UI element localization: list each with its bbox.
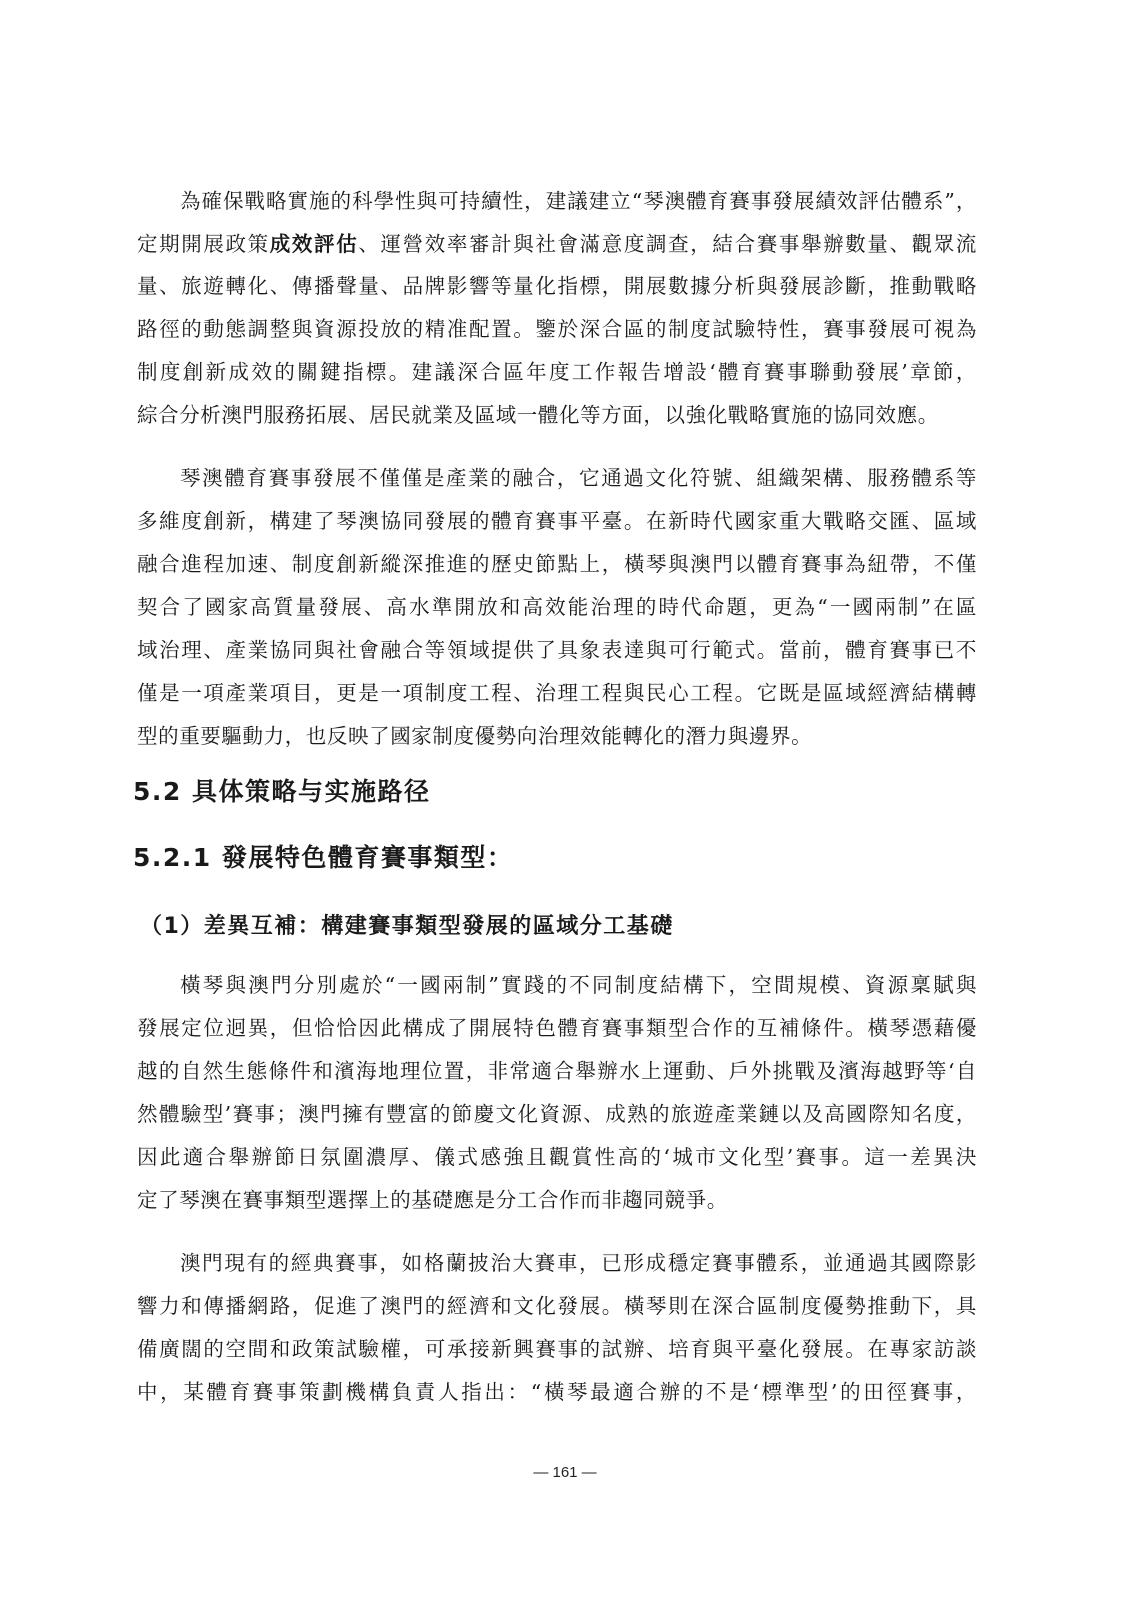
text-line: 僅是一項產業項目，更是一項制度工程、治理工程與民心工程。它既是區域經濟結構轉 xyxy=(137,679,977,707)
text-line: 路徑的動態調整與資源投放的精准配置。鑒於深合區的制度試驗特性，賽事發展可視為 xyxy=(137,315,977,343)
text-line: 融合進程加速、制度創新縱深推進的歷史節點上，橫琴與澳門以體育賽事為紐帶，不僅 xyxy=(137,550,977,578)
text-line: 型的重要驅動力，也反映了國家制度優勢向治理效能轉化的潛力與邊界。 xyxy=(137,722,977,750)
text-line: 域治理、產業協同與社會融合等領域提供了具象表達與可行範式。當前，體育賽事已不 xyxy=(137,636,977,664)
text-line: 制度創新成效的關鍵指標。建議深合區年度工作報告增設‘體育賽事聯動發展’章節， xyxy=(137,358,977,386)
section-heading-5-2: 5.2 具体策略与实施路径 xyxy=(133,776,431,808)
text-line: 中，某體育賽事策劃機構負責人指出：“橫琴最適合辦的不是‘標準型’的田徑賽事， xyxy=(137,1378,977,1406)
text-line: 橫琴與澳門分別處於“一國兩制”實踐的不同制度結構下，空間規模、資源稟賦與 xyxy=(180,971,977,999)
text-line: 為確保戰略實施的科學性與可持續性，建議建立“琴澳體育賽事發展績效評估體系”， xyxy=(180,187,977,215)
text-line: 響力和傳播網路，促進了澳門的經濟和文化發展。橫琴則在深合區制度優勢推動下，具 xyxy=(137,1292,977,1320)
text-span: 定期開展政策 xyxy=(137,232,270,256)
text-line: 契合了國家高質量發展、高水準開放和高效能治理的時代命題，更為“一國兩制”在區 xyxy=(137,593,977,621)
text-line: 量、旅遊轉化、傳播聲量、品牌影響等量化指標，開展數據分析與發展診斷，推動戰略 xyxy=(137,272,977,300)
text-line: 因此適合舉辦節日氛圍濃厚、儀式感強且觀賞性高的‘城市文化型’賽事。這一差異決 xyxy=(137,1143,977,1171)
page-number: — 161 — xyxy=(0,1464,1130,1481)
text-line: 定了琴澳在賽事類型選擇上的基礎應是分工合作而非趨同競爭。 xyxy=(137,1186,977,1214)
document-page: 為確保戰略實施的科學性與可持續性，建議建立“琴澳體育賽事發展績效評估體系”， 定… xyxy=(0,0,1130,1600)
text-line: 綜合分析澳門服務拓展、居民就業及區域一體化等方面，以強化戰略實施的協同效應。 xyxy=(137,401,977,429)
bold-text: 成效評估 xyxy=(270,232,359,256)
subsection-heading-1: （1）差異互補：構建賽事類型發展的區域分工基礎 xyxy=(140,912,674,942)
text-line: 琴澳體育賽事發展不僅僅是產業的融合，它通過文化符號、組織架構、服務體系等 xyxy=(180,464,977,492)
text-line: 越的自然生態條件和濱海地理位置，非常適合舉辦水上運動、戶外挑戰及濱海越野等‘自 xyxy=(137,1057,977,1085)
text-line: 備廣闊的空間和政策試驗權，可承接新興賽事的試辦、培育與平臺化發展。在專家訪談 xyxy=(137,1335,977,1363)
text-line: 發展定位迥異，但恰恰因此構成了開展特色體育賽事類型合作的互補條件。橫琴憑藉優 xyxy=(137,1014,977,1042)
text-line: 定期開展政策成效評估、運營效率審計與社會滿意度調查，結合賽事舉辦數量、觀眾流 xyxy=(137,230,977,258)
text-line: 多維度創新，構建了琴澳協同發展的體育賽事平臺。在新時代國家重大戰略交匯、區域 xyxy=(137,507,977,535)
text-line: 澳門現有的經典賽事，如格蘭披治大賽車，已形成穩定賽事體系，並通過其國際影 xyxy=(180,1249,977,1277)
text-span: 、運營效率審計與社會滿意度調查，結合賽事舉辦數量、觀眾流 xyxy=(358,232,977,256)
text-line: 然體驗型’賽事；澳門擁有豐富的節慶文化資源、成熟的旅遊產業鏈以及高國際知名度， xyxy=(137,1100,977,1128)
section-heading-5-2-1: 5.2.1 發展特色體育賽事類型： xyxy=(133,842,513,874)
